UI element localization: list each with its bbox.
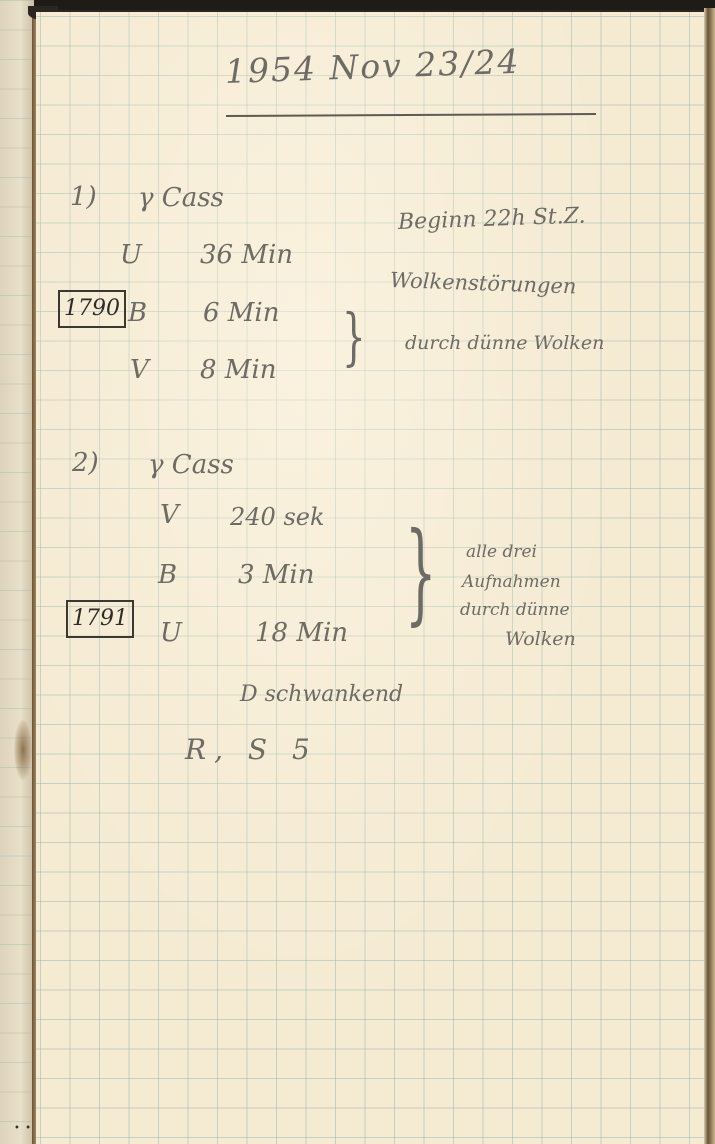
entry-2-remark-seeing: D schwankend xyxy=(240,682,403,707)
entry-2-filter-v: V xyxy=(160,500,179,530)
stain-dots: • • xyxy=(14,1123,32,1134)
left-page-grid xyxy=(0,0,34,1144)
ink-stain xyxy=(14,720,32,780)
entry-2-note-all-three: alle drei xyxy=(466,542,537,562)
entry-1-number: 1) xyxy=(70,182,97,212)
scan-top-shadow xyxy=(0,0,715,10)
entry-2-remark-rs: R, S 5 xyxy=(185,733,318,766)
entry-1-object: γ Cass xyxy=(138,183,224,213)
entry-2-duration-b: 3 Min xyxy=(238,560,315,590)
entry-2-duration-u: 18 Min xyxy=(255,618,348,648)
entry-2-filter-u: U xyxy=(160,618,182,648)
entry-1-duration-v: 8 Min xyxy=(200,355,277,385)
entry-2-note-through-thin: durch dünne xyxy=(460,600,570,620)
entry-2-duration-v: 240 sek xyxy=(230,503,325,531)
entry-2-number: 2) xyxy=(72,448,99,478)
entry-1-plate-id: 1790 xyxy=(58,290,126,328)
entry-2-note-exposures: Aufnahmen xyxy=(462,572,561,592)
entry-1-filter-v: V xyxy=(130,355,149,385)
left-page-edge: • • xyxy=(0,0,34,1144)
entry-1-note-thin-clouds: durch dünne Wolken xyxy=(405,332,604,354)
right-page-edge xyxy=(704,8,715,1144)
entry-1-duration-b: 6 Min xyxy=(203,298,280,328)
entry-2-filter-b: B xyxy=(158,560,177,590)
entry-2-object: γ Cass xyxy=(148,450,234,480)
notebook-page xyxy=(36,12,704,1144)
entry-1-filter-b: B xyxy=(128,298,147,328)
entry-1-filter-u: U xyxy=(120,240,142,270)
entry-1-brace: } xyxy=(342,300,366,373)
entry-2-plate-id: 1791 xyxy=(66,600,134,638)
entry-2-brace: } xyxy=(405,508,437,636)
entry-1-duration-u: 36 Min xyxy=(200,240,293,270)
entry-2-note-clouds: Wolken xyxy=(505,628,576,650)
